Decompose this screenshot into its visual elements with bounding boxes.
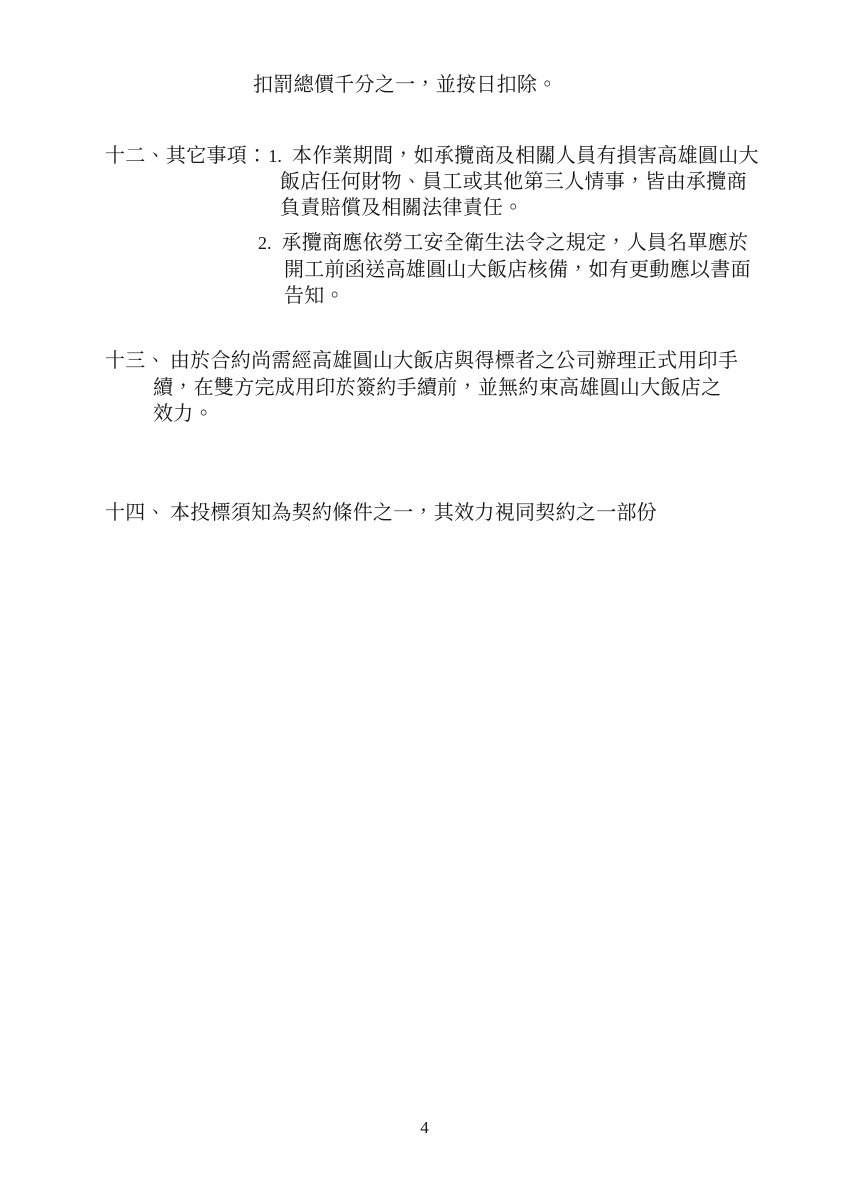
section-13-first-line: 十三、由於合約尚需經高雄圓山大飯店與得標者之公司辦理正式用印手 [105,349,738,373]
section-13-label: 十三、 [105,350,166,372]
section-12-item-2-number: 2. [258,233,272,253]
section-12-item-1-number: 1. [268,146,282,166]
section-14-label: 十四、 [105,502,166,524]
section-14-text: 本投標須知為契約條件之一，其效力視同契約之一部份 [170,502,657,524]
section-13-line-1: 由於合約尚需經高雄圓山大飯店與得標者之公司辦理正式用印手 [170,350,738,372]
paragraph-continuation: 扣罰總價千分之一，並按日扣除。 [253,73,558,97]
section-13-line-3: 效力。 [153,402,214,426]
page-number: 4 [0,1118,849,1138]
section-12-item-2-line-3: 告知。 [284,284,345,308]
document-page: 扣罰總價千分之一，並按日扣除。 十二、其它事項：1.本作業期間，如承攬商及相關人… [0,0,849,1200]
section-12-item-1-line-3: 負責賠償及相關法律責任。 [280,196,524,220]
section-14-first-line: 十四、本投標須知為契約條件之一，其效力視同契約之一部份 [105,501,657,525]
section-12-item-1-line-2: 飯店任何財物、員工或其他第三人情事，皆由承攬商 [280,170,747,194]
section-12-item-1-line-1: 本作業期間，如承攬商及相關人員有損害高雄圓山大 [292,145,759,167]
section-12-item-2-line-1: 承攬商應依勞工安全衛生法令之規定，人員名單應於 [282,232,749,254]
section-12-item-2-first-line: 2.承攬商應依勞工安全衛生法令之規定，人員名單應於 [258,231,748,255]
section-13-line-2: 續，在雙方完成用印於簽約手續前，並無約束高雄圓山大飯店之 [153,376,721,400]
section-12-first-line: 十二、其它事項：1.本作業期間，如承攬商及相關人員有損害高雄圓山大 [105,144,759,168]
section-12-label: 十二、其它事項： [105,145,267,167]
section-12-item-2-line-2: 開工前函送高雄圓山大飯店核備，如有更動應以書面 [284,258,751,282]
